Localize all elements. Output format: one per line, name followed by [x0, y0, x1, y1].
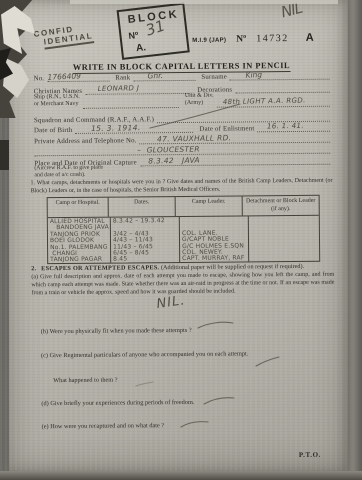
rank-label: Rank: [115, 74, 130, 81]
column-block-leaders: [249, 216, 319, 262]
unit-label-line2: (Army): [185, 100, 203, 106]
section-2-note: (Additional paper will be supplied on re…: [161, 263, 304, 271]
leader-line: CAPT. MURRAY, RAF: [182, 256, 246, 263]
capture-note-line2: and date of a/c crash).: [34, 172, 85, 178]
camps-table-header: Camp or Hospital. Dates. Camp Leader. De…: [48, 196, 319, 218]
enlistment-field: 16. 1. 41.: [257, 121, 330, 133]
serial-no-label: Nº: [236, 34, 246, 44]
capture-value: 8.3.42 JAVA: [148, 156, 200, 164]
block-number-stamp: BLOCK Nº 31 A.: [117, 3, 190, 60]
surname-value: King: [246, 70, 263, 78]
header-camp-or-hospital: Camp or Hospital.: [48, 198, 109, 218]
serial-no-value: 14732: [256, 33, 289, 44]
header-dates: Dates.: [109, 197, 176, 217]
ship-label-line1: Ship (R.N., U.S.N.: [34, 94, 80, 100]
question-1: 1. What camps, detachments or hospitals …: [30, 178, 332, 196]
section-2-number: 2.: [31, 265, 36, 272]
ship-label-line2: or Merchant Navy: [34, 101, 79, 107]
column-dates: 8.3.42 – 19.3.42 3/42 – 4/43 4/43 – 11/4…: [111, 217, 180, 263]
capture-note: (Aircrew R.A.F. to give place and date o…: [34, 165, 103, 180]
enlistment-value: 16. 1. 41.: [267, 123, 304, 131]
form-reference-line: M.I.9 (JAP) Nº 14732 A: [192, 32, 314, 45]
unit-field: 48th LIGHT A.A. RGD.: [217, 96, 330, 108]
question-2b: (b) Were you physically fit when you mad…: [41, 326, 331, 337]
header-detachment-leader: Detachment or Block Leader (if any).: [243, 196, 319, 216]
capture-field: 8.3.42 JAVA: [140, 154, 331, 167]
camps-table: Camp or Hospital. Dates. Camp Leader. De…: [47, 195, 321, 264]
header-camp-leader: Camp Leader.: [176, 196, 243, 216]
section-2-heading: 2. ESCAPES OR ATTEMPTED ESCAPES. (Additi…: [31, 263, 334, 273]
capture-note-line1: (Aircrew R.A.F. to give place: [34, 165, 103, 172]
confidential-stamp: CONFID IDENTIAL: [33, 22, 94, 50]
row-no-rank-surname: No. 1766409 Rank Gnr. Surname King: [34, 69, 330, 83]
no-label: No.: [34, 75, 45, 82]
ship-label: Ship (R.N., U.S.N. or Merchant Navy: [34, 94, 80, 109]
section-2-title: ESCAPES OR ATTEMPTED ESCAPES.: [41, 264, 159, 272]
unit-label: Unit & Div. (Army): [185, 93, 214, 108]
camps-table-body: ALLIED HOSPITAL BANDOENG JAVA TANJONG PR…: [48, 216, 319, 263]
column-camps: ALLIED HOSPITAL BANDOENG JAVA TANJONG PR…: [48, 218, 111, 264]
page-turn-over-label: P.T.O.: [299, 451, 321, 459]
dates-line: 8.45: [113, 256, 177, 263]
unit-value: 48th LIGHT A.A. RGD.: [223, 97, 306, 106]
row-ship-unit: Ship (R.N., U.S.N. or Merchant Navy Unit…: [34, 92, 330, 109]
rank-value: Gnr.: [147, 71, 163, 79]
bottom-scan-edge: [0, 471, 362, 480]
surname-field: King: [230, 69, 330, 81]
christian-names-value: LEONARD J: [97, 85, 139, 93]
form-code: M.I.9 (JAP): [192, 38, 226, 44]
top-paper-edge: [70, 0, 338, 4]
rank-field: Gnr.: [133, 70, 195, 82]
question-2e: (e) How were you recaptured and on what …: [42, 421, 332, 432]
address-value-line1: 47. VAUXHALL RD.: [158, 134, 232, 143]
column-leaders: COL. LANE. G/CAPT NOBLE G/C HOLMES E.SQN…: [180, 216, 249, 262]
question-2c-followup: What happened to them ?: [53, 375, 253, 385]
address-value-line2: – GLOUCESTER: [137, 145, 200, 154]
form-series-letter: A: [306, 32, 314, 44]
ship-field: [83, 97, 179, 109]
dob-value: 15. 3. 1914.: [91, 124, 141, 132]
question-2d: (d) Give briefly your experiences during…: [41, 398, 331, 409]
block-stamp-suffix: A.: [135, 38, 187, 55]
block-stamp-no-label: Nº: [128, 30, 139, 41]
answer-2a-nil: NIL.: [156, 293, 187, 312]
surname-label: Surname: [201, 74, 227, 81]
edge-black-mark: [0, 140, 9, 170]
no-value: 1766409: [47, 72, 81, 81]
form-content: CONFID IDENTIAL BLOCK Nº 31 A. M.I.9 (JA…: [0, 0, 362, 480]
scanned-pow-questionnaire: CONFID IDENTIAL BLOCK Nº 31 A. M.I.9 (JA…: [0, 0, 362, 480]
question-2c: (c) Give Regimental particulars of anyon…: [41, 350, 331, 361]
block-leader-line: [251, 217, 317, 224]
camp-line: TANJONG PAGAR: [50, 257, 108, 264]
no-field: 1766409: [47, 71, 109, 83]
unit-label-line1: Unit & Div.: [185, 93, 214, 99]
right-scan-edge: [346, 0, 362, 480]
